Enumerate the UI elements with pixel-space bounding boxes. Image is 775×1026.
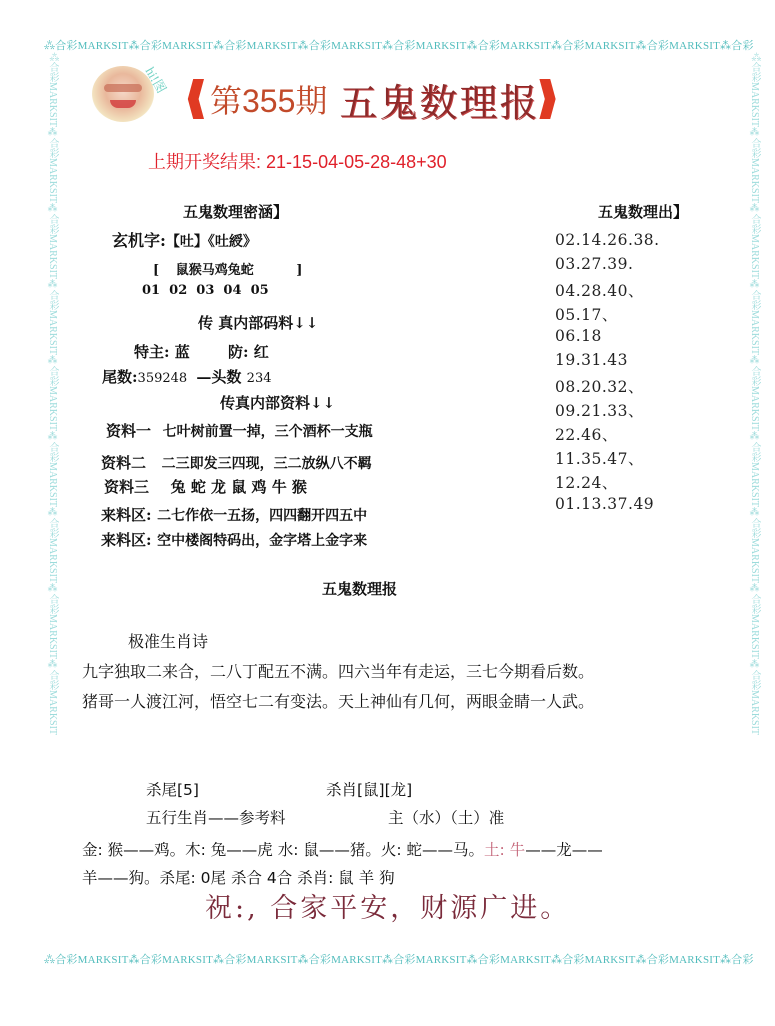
data-row-text: 兔 蛇 龙 鼠 鸡 牛 猴 xyxy=(171,478,307,496)
fax-data-title: 传真内部资料↓↓ xyxy=(220,392,335,413)
watermark-border-bottom: ⁂合彩MARKSIT⁂合彩MARKSIT⁂合彩MARKSIT⁂合彩MARKSIT… xyxy=(44,952,764,968)
tail-head-line: 尾数:359248 —头数 234 xyxy=(102,366,272,387)
head-label: —头数 xyxy=(196,368,241,386)
left-section-title: 五鬼数理密涵】 xyxy=(183,201,288,222)
last-result-value: 21-15-04-05-28-48+30 xyxy=(266,152,447,172)
number-row: 22.46、 xyxy=(555,423,618,445)
te-zhu: 特主: 蓝 xyxy=(134,341,190,362)
watermark-border-top: ⁂合彩MARKSIT⁂合彩MARKSIT⁂合彩MARKSIT⁂合彩MARKSIT… xyxy=(44,38,764,54)
page-title: 第355期 五鬼数理报 xyxy=(186,74,557,124)
zodiac-group-line: [ 鼠猴马鸡兔蛇 ] xyxy=(153,259,302,278)
number-row: 01.13.37.49 xyxy=(555,495,654,513)
number-row: 02.14.26.38. xyxy=(555,231,660,249)
number-row: 19.31.43 xyxy=(555,351,628,369)
wuxing-line-1-c: ——龙—— xyxy=(525,841,603,859)
xuanji-value: 【吐】《吐綬》 xyxy=(166,234,257,250)
watermark-border-left: ⁂合彩MARKSIT⁂合彩MARKSIT⁂合彩MARKSIT⁂合彩MARKSIT… xyxy=(44,52,60,952)
subtitle: 五鬼数理报 xyxy=(322,578,397,599)
data-row-5: 来料区: 空中楼阁特码出，金字塔上金字来 xyxy=(101,529,367,550)
wuxing-line-1-a: 金: 猴——鸡。木: 兔——虎 水: 鼠——猪。火: 蛇——马。 xyxy=(82,841,484,859)
right-bracket-icon xyxy=(539,79,557,119)
wuxing-main: 主（水）（土）准 xyxy=(388,806,504,828)
issue-number: 第355期 xyxy=(210,76,327,122)
number-row: 05.17、 xyxy=(555,303,618,325)
number-row: 09.21.33、 xyxy=(555,399,644,421)
head-value: 234 xyxy=(247,371,272,386)
kill-zodiac: 杀肖[鼠][龙] xyxy=(326,778,412,800)
data-row-label: 来料区: xyxy=(101,506,152,524)
last-result-label: 上期开奖结果: xyxy=(148,152,261,172)
data-row-1: 资料一 七叶树前置一掉，三个酒杯一支瓶 xyxy=(106,420,373,441)
data-row-text: 二七作依一五扬，四四翻开四五中 xyxy=(157,508,367,524)
wuxing-line-1: 金: 猴——鸡。木: 兔——虎 水: 鼠——猪。火: 蛇——马。土: 牛——龙—… xyxy=(82,838,603,860)
xuanji-line: 玄机字:【吐】《吐綬》 xyxy=(112,228,257,251)
data-row-label: 资料二 xyxy=(101,454,146,472)
data-row-4: 来料区: 二七作依一五扬，四四翻开四五中 xyxy=(101,504,367,525)
avatar-mouth xyxy=(110,100,136,108)
left-bracket-icon xyxy=(186,79,204,119)
watermark-border-right: ⁂合彩MARKSIT⁂合彩MARKSIT⁂合彩MARKSIT⁂合彩MARKSIT… xyxy=(746,52,762,952)
avatar-glasses xyxy=(104,84,142,92)
right-section-title: 五鬼数理出】 xyxy=(598,201,688,222)
data-row-3: 资料三 兔 蛇 龙 鼠 鸡 牛 猴 xyxy=(104,476,307,497)
number-row: 06.18 xyxy=(555,327,602,345)
xuanji-label: 玄机字: xyxy=(112,231,166,250)
number-row: 04.28.40、 xyxy=(555,279,644,301)
tail-label: 尾数: xyxy=(102,368,138,386)
blessing: 祝:, 合家平安，财源广进。 xyxy=(205,886,570,925)
data-row-label: 来料区: xyxy=(101,531,152,549)
poem-title: 极准生肖诗 xyxy=(128,629,208,652)
wuxing-title: 五行生肖——参考料 xyxy=(146,806,286,828)
data-row-text: 二三即发三四现，三二放纵八不羁 xyxy=(162,456,372,472)
data-row-2: 资料二 二三即发三四现，三二放纵八不羁 xyxy=(101,452,372,473)
fang: 防: 红 xyxy=(228,341,269,362)
number-row: 03.27.39. xyxy=(555,255,633,273)
zodiac-bracket-close: ] xyxy=(296,263,302,278)
zodiac-bracket-open: [ xyxy=(153,263,159,278)
fax-code-title: 传 真内部码料↓↓ xyxy=(198,312,318,333)
number-row: 11.35.47、 xyxy=(555,447,644,469)
poem-line-2: 猪哥一人渡江河，悟空七二有变法。天上神仙有几何，两眼金睛一人武。 xyxy=(82,689,594,712)
wuxing-earth-stamp: 土: 牛 xyxy=(484,841,525,859)
zodiac-group: 鼠猴马鸡兔蛇 xyxy=(176,263,254,278)
data-row-label: 资料三 xyxy=(104,478,149,496)
last-result: 上期开奖结果: 21-15-04-05-28-48+30 xyxy=(148,148,447,174)
poem-line-1: 九字独取二来合，二八丁配五不满。四六当年有走运，三七今期看后数。 xyxy=(82,659,594,682)
main-title: 五鬼数理报 xyxy=(339,72,539,127)
number-list: 01 02 03 04 05 xyxy=(142,283,269,298)
data-row-label: 资料一 xyxy=(106,422,151,440)
data-row-text: 七叶树前置一掉，三个酒杯一支瓶 xyxy=(163,424,373,440)
data-row-text: 空中楼阁特码出，金字塔上金字来 xyxy=(157,533,367,549)
tail-value: 359248 xyxy=(138,371,188,386)
kill-tail: 杀尾[5] xyxy=(146,778,199,800)
wuxing-line-2: 羊——狗。杀尾: 0尾 杀合 4合 杀肖: 鼠 羊 狗 xyxy=(82,866,395,888)
number-row: 08.20.32、 xyxy=(555,375,644,397)
number-row: 12.24、 xyxy=(555,471,618,493)
